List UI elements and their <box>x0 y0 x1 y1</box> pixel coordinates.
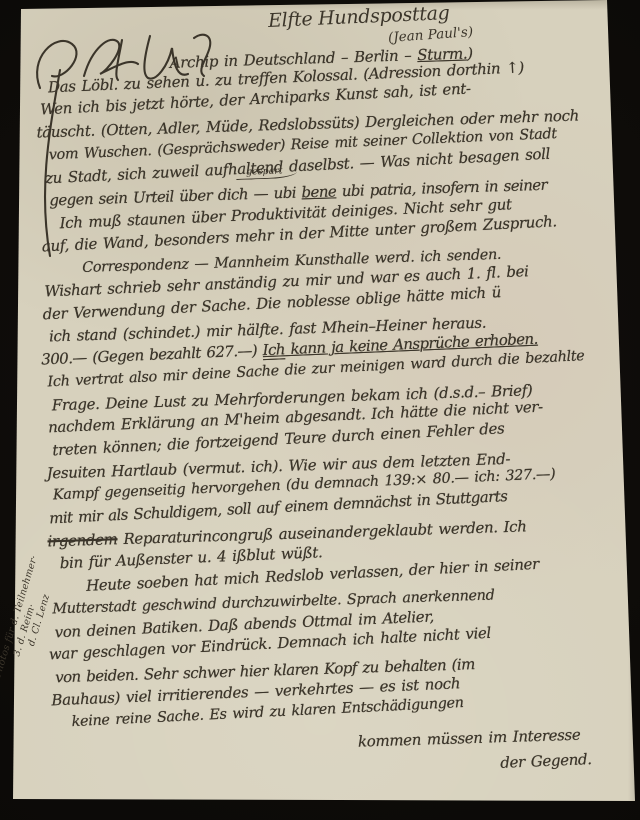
manuscript-lines: Archip in Deutschland – Berlin – Sturm.)… <box>18 46 633 780</box>
manuscript-line: der Gegend. <box>500 746 633 774</box>
manuscript-text-segment: bene <box>301 183 336 202</box>
manuscript-text-segment: der Gegend. <box>500 750 592 772</box>
manuscript-text-segment: Ich <box>262 340 285 359</box>
manuscript-text-segment: kommen müssen im Interesse <box>358 726 581 751</box>
manuscript-photo: Elfte Hundsposttag (Jean Paul's) Archip … <box>0 0 640 820</box>
